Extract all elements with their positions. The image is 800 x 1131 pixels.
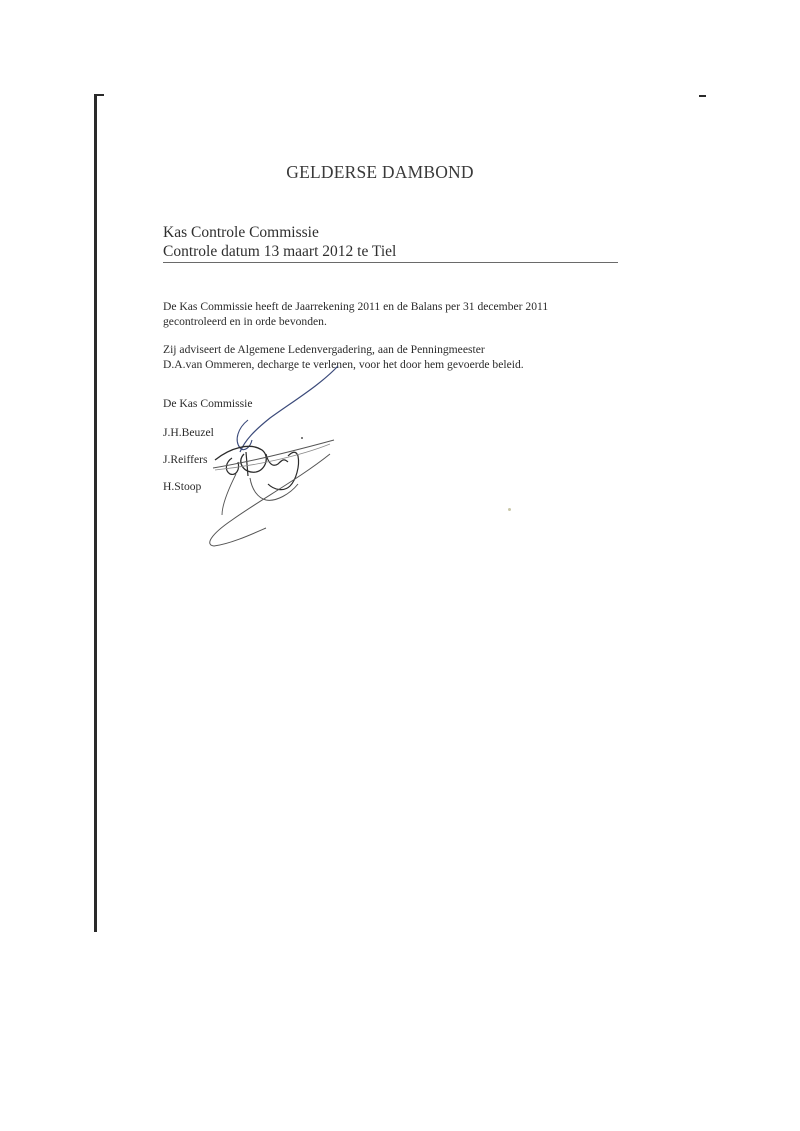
control-date-heading: Controle datum 13 maart 2012 te Tiel	[163, 243, 396, 261]
heading-underline	[163, 262, 618, 263]
signatory-name: J.H.Beuzel	[163, 426, 214, 439]
committee-heading: Kas Controle Commissie	[163, 224, 319, 242]
paragraph-line: D.A.van Ommeren, decharge te verlenen, v…	[163, 357, 524, 372]
signatory-name: J.Reiffers	[163, 453, 208, 466]
scanned-document-page: GELDERSE DAMBOND Kas Controle Commissie …	[0, 0, 800, 1131]
right-corner-mark	[699, 95, 706, 97]
paragraph-line: Zij adviseert de Algemene Ledenvergaderi…	[163, 342, 524, 357]
left-margin-rule-tick	[94, 94, 104, 96]
scan-speck	[508, 508, 511, 511]
left-margin-rule	[94, 94, 97, 932]
signatory-name: H.Stoop	[163, 480, 201, 493]
document-title: GELDERSE DAMBOND	[0, 162, 760, 183]
organization-name: GELDERSE DAMBOND	[286, 162, 473, 183]
paragraph-line: De Kas Commissie heeft de Jaarrekening 2…	[163, 299, 548, 314]
paragraph-line: gecontroleerd en in orde bevonden.	[163, 314, 548, 329]
signatories-heading: De Kas Commissie	[163, 397, 253, 410]
paragraph-audit-result: De Kas Commissie heeft de Jaarrekening 2…	[163, 299, 548, 329]
paragraph-advice: Zij adviseert de Algemene Ledenvergaderi…	[163, 342, 524, 372]
